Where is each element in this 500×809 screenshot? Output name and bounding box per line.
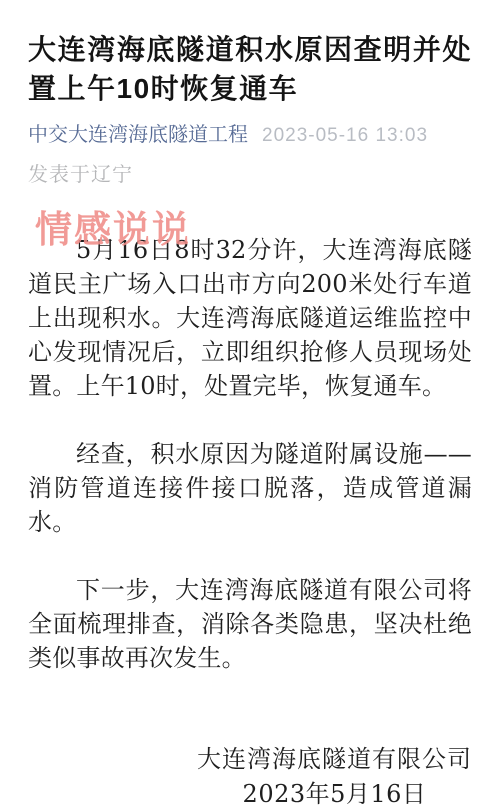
signature-inner: 大连湾海底隧道有限公司 2023年5月16日 [197, 743, 472, 809]
signature-company: 大连湾海底隧道有限公司 [197, 743, 472, 777]
source-account-link[interactable]: 中交大连湾海底隧道工程 [28, 123, 248, 147]
signature-date: 2023年5月16日 [197, 777, 472, 809]
page-title: 大连湾海底隧道积水原因查明并处置上午10时恢复通车 [28, 30, 472, 108]
article-meta: 中交大连湾海底隧道工程 2023-05-16 13:03 [28, 123, 472, 148]
body-paragraph-1: 5月16日8时32分许，大连湾海底隧道民主广场入口出市方向200米处行车道上出现… [28, 233, 472, 403]
article-page: 大连湾海底隧道积水原因查明并处置上午10时恢复通车 中交大连湾海底隧道工程 20… [0, 0, 500, 809]
publish-timestamp: 2023-05-16 13:03 [262, 124, 428, 148]
body-paragraph-2: 经查，积水原因为隧道附属设施——消防管道连接件接口脱落，造成管道漏水。 [28, 437, 472, 539]
article-body: 5月16日8时32分许，大连湾海底隧道民主广场入口出市方向200米处行车道上出现… [28, 233, 472, 675]
signature-block: 大连湾海底隧道有限公司 2023年5月16日 [28, 743, 472, 809]
publish-location: 发表于辽宁 [28, 163, 472, 187]
body-paragraph-3: 下一步，大连湾海底隧道有限公司将全面梳理排查，消除各类隐患，坚决杜绝类似事故再次… [28, 573, 472, 675]
